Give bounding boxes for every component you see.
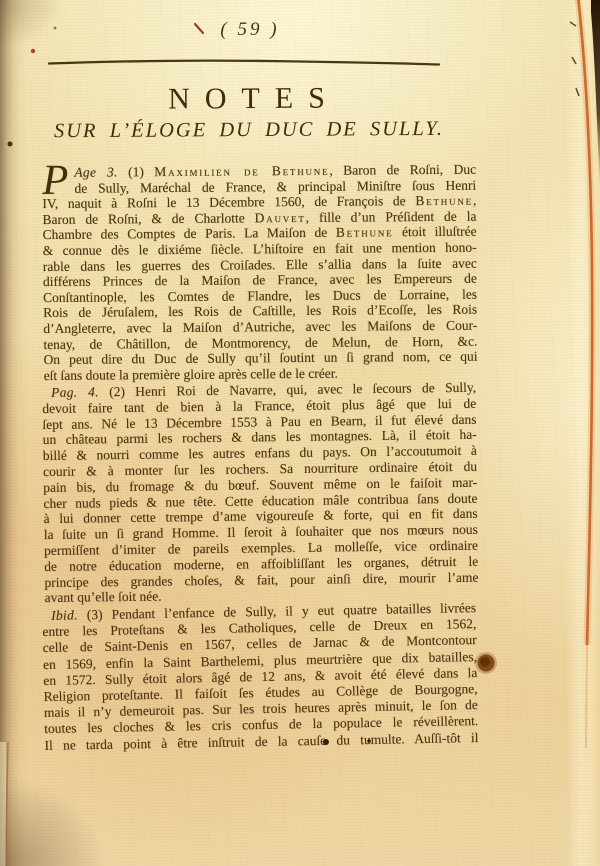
page-subtitle: SUR L’ÉLOGE DU DUC DE SULLY. — [42, 118, 476, 144]
notes-body: PAge 3. (1) Maximilien de Bethune, Baron… — [42, 165, 476, 754]
book-page-scan: ( 59 ) NOTES SUR L’ÉLOGE DU DUC DE SULLY… — [0, 0, 600, 866]
text-segment: Pag. 4. — [51, 385, 99, 401]
header-rule — [47, 54, 441, 63]
rust-stain — [475, 652, 497, 674]
text-segment: Chambre des Comptes de Paris. La Maiſon … — [42, 225, 335, 242]
text-segment: , fille d’un Préſident de la — [306, 208, 477, 224]
text-segment: Age 3. — [74, 164, 117, 179]
text-segment: , — [473, 193, 476, 208]
text-segment: Ibid. — [51, 608, 78, 623]
note-paragraph-3: Ibid. (3) Pendant l’enfance de Sully, il… — [42, 601, 479, 755]
page-title: NOTES — [42, 81, 476, 118]
note-paragraph-1: PAge 3. (1) Maximilien de Bethune, Baron… — [42, 162, 478, 384]
bottom-left-corner-shadow — [0, 736, 150, 866]
text-segment: On peut dire du Duc de Sully qu’il ſouti… — [43, 349, 477, 367]
text-segment: Baron de Roſni, & de Charlotte — [42, 210, 254, 227]
text-segment: Bethune — [336, 225, 394, 240]
text-segment: eſt ſans doute la première gloire après … — [44, 365, 338, 382]
page-fore-edge-highlight — [566, 0, 600, 866]
note-paragraph-2: Pag. 4. (2) Henri Roi de Navarre, qui, a… — [42, 380, 479, 606]
text-segment: Dauvet — [255, 210, 306, 225]
text-segment: , Baron de Roſni, Duc — [329, 162, 476, 178]
text-segment: Maximilien de Bethune — [154, 163, 329, 179]
header-rule-line — [47, 58, 441, 67]
text-segment: avant qu’elle ſoit née. — [45, 589, 162, 605]
text-segment: Bethune — [415, 193, 473, 208]
drop-cap: P — [42, 166, 69, 196]
text-segment: (1) — [118, 164, 155, 179]
text-segment: étoit illuſtrée — [393, 224, 476, 240]
folio-number: ( 59 ) — [180, 19, 320, 41]
